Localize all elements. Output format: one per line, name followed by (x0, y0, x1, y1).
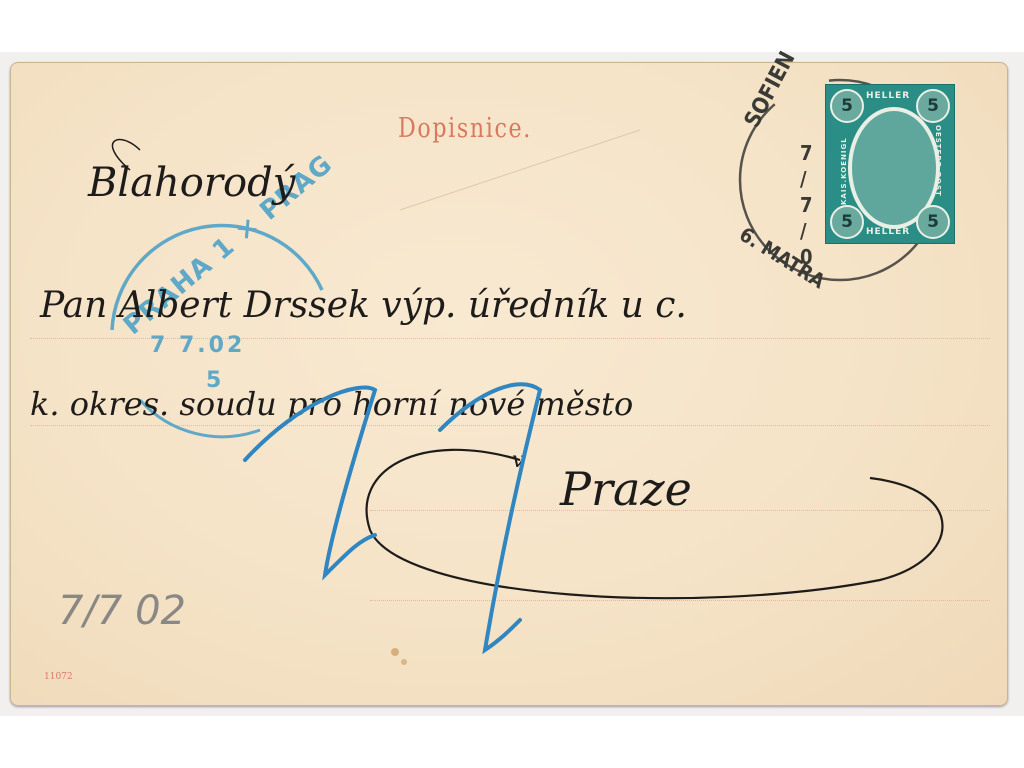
paper-stain (0, 0, 1024, 768)
